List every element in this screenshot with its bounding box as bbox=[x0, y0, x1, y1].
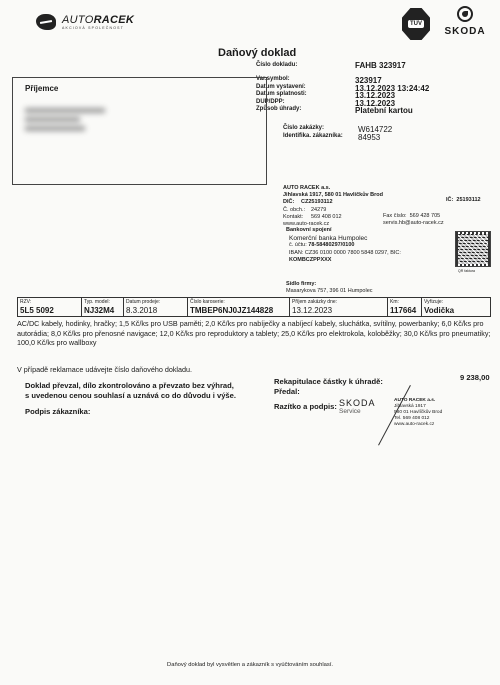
skoda-wordmark: SKODA bbox=[444, 26, 485, 37]
acceptance-line-2: s uvedenou cenou souhlasí a uznává co do… bbox=[25, 391, 236, 401]
qr-label: QR faktura bbox=[458, 269, 475, 273]
redacted-recipient-address bbox=[25, 108, 105, 142]
bank-heading: Bankovní spojení bbox=[286, 227, 332, 233]
customer-signature-label: Podpis zákazníka: bbox=[25, 407, 90, 417]
field-row: Způsob úhrady: Platební kartou bbox=[256, 106, 456, 114]
total-value: 9 238,00 bbox=[460, 373, 490, 383]
total-label: Rekapitulace částky k úhradě: bbox=[274, 377, 383, 387]
bank-name: Komerční banka Humpolec bbox=[286, 235, 456, 242]
order-fields: Číslo zakázky: W614722 Identifika. zákaz… bbox=[283, 125, 463, 141]
field-row: Číslo zakázky: W614722 bbox=[283, 125, 463, 133]
skoda-logo: SKODA bbox=[440, 6, 490, 37]
cell-rzv: RZV:5L5 5092 bbox=[18, 298, 82, 316]
cell-handler: Vyřizuje:Vodička bbox=[422, 298, 490, 316]
doc-number-label: Číslo dokladu: bbox=[256, 62, 297, 68]
supplier-fax-email: Fax číslo: 569 428 705 servis.hb@auto-ra… bbox=[383, 213, 444, 227]
bank-bic: KOMBCZPPXXX bbox=[289, 257, 331, 263]
field-row: Identifika. zákazníka: 84953 bbox=[283, 133, 463, 141]
vehicle-info-table: RZV:5L5 5092 Typ. model:NJ32M4 Datum pro… bbox=[17, 297, 491, 317]
supplier-fax: 569 428 705 bbox=[410, 213, 441, 219]
bank-iban: IBAN: CZ36 0100 0000 7800 5848 0297, BIC… bbox=[286, 250, 456, 257]
skoda-arrow-icon bbox=[457, 6, 473, 22]
fees-text: AC/DC kabely, hodinky, hračky; 1,5 Kč/ks… bbox=[17, 319, 495, 348]
skoda-service-logo: SKODA Service bbox=[339, 398, 376, 415]
supplier-ic: IČ: 25193112 bbox=[446, 197, 481, 204]
seat-address: Masarykova 757, 396 01 Humpolec bbox=[286, 288, 373, 295]
handed-label: Předal: bbox=[274, 387, 300, 397]
invoice-page: AUTORACEK AKCIOVÁ SPOLEČNOST TÜV SKODA D… bbox=[0, 0, 500, 685]
company-seat: Sídlo firmy: Masarykova 757, 396 01 Hump… bbox=[286, 281, 373, 295]
tuv-text: TÜV bbox=[408, 20, 424, 28]
racek-bird-icon bbox=[36, 14, 56, 30]
footer-note: Daňový doklad byl vysvětlen a zákazník s… bbox=[0, 662, 500, 668]
auto-racek-logo: AUTORACEK AKCIOVÁ SPOLEČNOST bbox=[36, 14, 134, 30]
field-row: Datum vystavení: 13.12.2023 13:24:42 bbox=[256, 84, 456, 92]
stamp-label: Razítko a podpis: bbox=[274, 402, 337, 412]
bank-block: Bankovní spojení Komerční banka Humpolec… bbox=[286, 227, 456, 264]
doc-number-value: FAHB 323917 bbox=[355, 61, 406, 70]
cell-km: Km:117664 bbox=[388, 298, 422, 316]
supplier-contact: 569 408 012 bbox=[311, 214, 342, 221]
logo-name-bold: RACEK bbox=[94, 14, 135, 26]
recipient-box: Příjemce bbox=[12, 77, 267, 185]
field-row: DUP/DPP: 13.12.2023 bbox=[256, 99, 456, 107]
complaint-note: V případě reklamace udávejte číslo daňov… bbox=[17, 365, 495, 375]
supplier-name: AUTO RACEK a.s. bbox=[283, 185, 330, 191]
acceptance-line-1: Doklad převzal, dílo zkontrolováno a pře… bbox=[25, 381, 234, 391]
qr-code bbox=[455, 231, 491, 267]
cell-model: Typ. model:NJ32M4 bbox=[82, 298, 124, 316]
recipient-label: Příjemce bbox=[25, 84, 58, 93]
cell-order-date: Příjem zakázky dne:13.12.2023 bbox=[290, 298, 388, 316]
supplier-dic: CZ25193112 bbox=[301, 199, 333, 206]
document-fields: Var.symbol: 323917 Datum vystavení: 13.1… bbox=[256, 76, 456, 114]
cell-sale-date: Datum prodeje:8.3.2018 bbox=[124, 298, 188, 316]
supplier-address: Jihlavská 1917, 580 01 Havlíčkův Brod bbox=[283, 192, 383, 198]
cell-vin: Číslo karoserie:TMBEP6NJ0JZ144828 bbox=[188, 298, 290, 316]
field-row: Var.symbol: 323917 bbox=[256, 76, 456, 84]
tuv-certification-badge: TÜV bbox=[402, 8, 430, 40]
supplier-obch: 24279 bbox=[311, 207, 326, 214]
document-title: Daňový doklad bbox=[218, 47, 296, 59]
seat-heading: Sídlo firmy: bbox=[286, 281, 316, 287]
logo-name-light: AUTO bbox=[62, 14, 94, 26]
logo-tagline: AKCIOVÁ SPOLEČNOST bbox=[62, 26, 134, 30]
bank-account: 78-58480297/0100 bbox=[308, 242, 354, 248]
